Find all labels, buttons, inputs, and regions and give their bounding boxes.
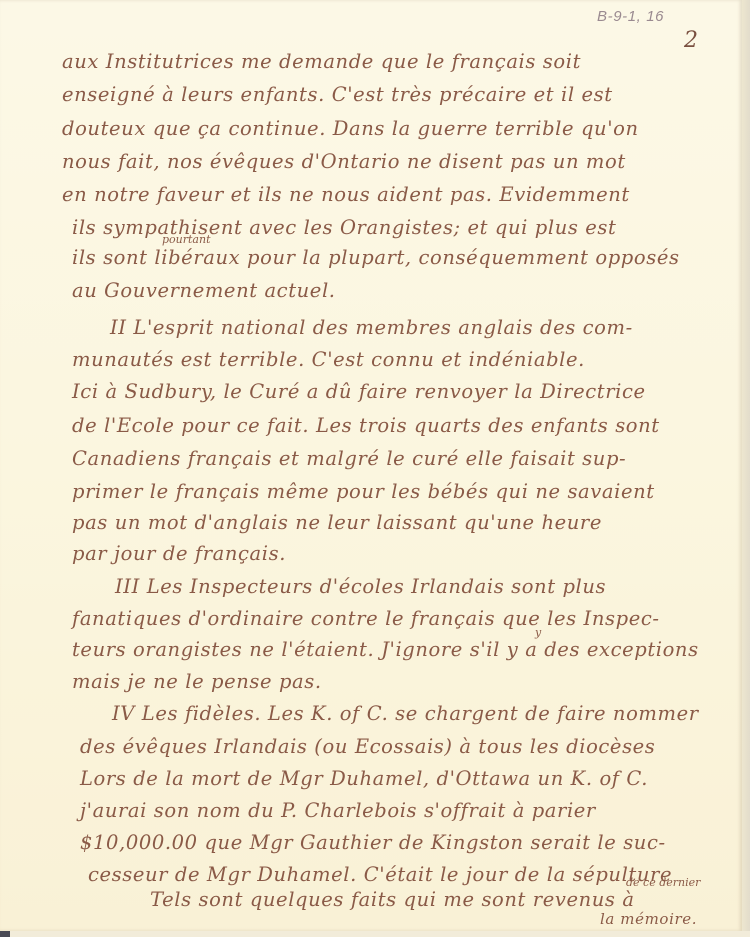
- text-line: Ici à Sudbury, le Curé a dû faire renvoy…: [72, 380, 646, 403]
- text-line: fanatiques d'ordinaire contre le françai…: [72, 607, 660, 630]
- text-line: douteux que ça continue. Dans la guerre …: [62, 117, 639, 140]
- closing-line: la mémoire.: [600, 910, 697, 928]
- text-line: Lors de la mort de Mgr Duhamel, d'Ottawa…: [80, 767, 648, 790]
- page-number: 2: [684, 28, 699, 53]
- archive-reference: B-9-1, 16: [597, 8, 664, 25]
- text-line: aux Institutrices me demande que le fran…: [62, 50, 581, 73]
- interlinear-insertion: pourtant: [162, 233, 211, 246]
- text-line: $10,000.00 que Mgr Gauthier de Kingston …: [80, 831, 666, 854]
- text-line: ils sympathisent avec les Orangistes; et…: [72, 216, 616, 239]
- text-line: nous fait, nos évêques d'Ontario ne dise…: [62, 150, 626, 173]
- text-line: Canadiens français et malgré le curé ell…: [72, 447, 626, 470]
- text-line: en notre faveur et ils ne nous aident pa…: [62, 183, 630, 206]
- section-heading-iii: III Les Inspecteurs d'écoles Irlandais s…: [115, 575, 606, 598]
- paper-edge-bottom: [0, 931, 750, 937]
- text-line: au Gouvernement actuel.: [72, 279, 336, 302]
- text-line: primer le français même pour les bébés q…: [72, 480, 655, 503]
- text-line: des évêques Irlandais (ou Ecossais) à to…: [80, 735, 655, 758]
- section-heading-iv: IV Les fidèles. Les K. of C. se chargent…: [112, 702, 699, 725]
- text-line: pas un mot d'anglais ne leur laissant qu…: [72, 511, 602, 534]
- scan-border-corner: [0, 931, 10, 937]
- letter-page: B-9-1, 16 2 aux Institutrices me demande…: [0, 0, 742, 931]
- text-line: teurs orangistes ne l'étaient. J'ignore …: [72, 638, 699, 661]
- text-line: enseigné à leurs enfants. C'est très pré…: [62, 83, 613, 106]
- text-line: par jour de français.: [72, 542, 286, 565]
- section-heading-ii: II L'esprit national des membres anglais…: [110, 316, 633, 339]
- text-line: munautés est terrible. C'est connu et in…: [72, 348, 585, 371]
- text-line: ils sont libéraux pour la plupart, consé…: [72, 246, 680, 269]
- text-line: mais je ne le pense pas.: [72, 670, 322, 693]
- closing-line: Tels sont quelques faits qui me sont rev…: [150, 888, 635, 911]
- paper-edge-right: [742, 0, 750, 937]
- text-line: cesseur de Mgr Duhamel. C'était le jour …: [88, 863, 672, 886]
- interlinear-insertion: de ce dernier: [626, 876, 700, 889]
- text-line: j'aurai son nom du P. Charlebois s'offra…: [80, 799, 596, 822]
- text-line: de l'Ecole pour ce fait. Les trois quart…: [72, 414, 660, 437]
